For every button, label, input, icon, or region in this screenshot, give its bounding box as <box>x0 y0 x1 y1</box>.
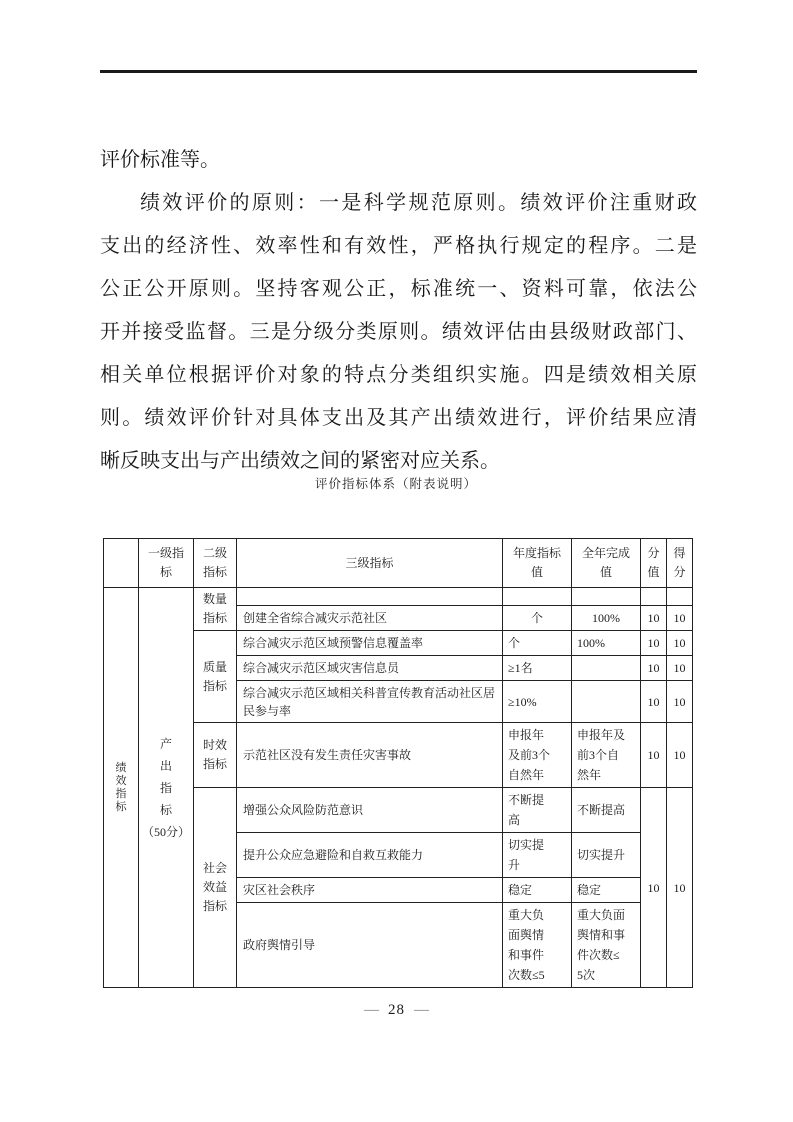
body-line: 公正公开原则。坚持客观公正，标准统一、资料可靠，依法公 <box>100 268 697 311</box>
indicator-cell: 综合减灾示范区域相关科普宣传教育活动社区居民参与率 <box>237 681 503 723</box>
completion-value-cell: 不断提高 <box>572 788 641 833</box>
body-text: 评价标准等。 绩效评价的原则：一是科学规范原则。绩效评价注重财政 支出的经济性、… <box>100 139 697 483</box>
page-number: —28— <box>0 1002 793 1019</box>
completion-value-cell: 重大负面 舆情和事 件次数≤ 5次 <box>572 903 641 988</box>
score-cell: 10 <box>641 681 667 723</box>
header-level2: 二级 指标 <box>194 539 237 588</box>
header-annual-completion: 全年完成 值 <box>572 539 641 588</box>
target-value-cell: 稳定 <box>503 878 572 903</box>
indicator-cell: 示范社区没有发生责任灾害事故 <box>237 723 503 788</box>
score-cell-merged: 10 <box>641 788 667 988</box>
completion-value-cell: 稳定 <box>572 878 641 903</box>
target-value-cell: 个 <box>503 606 572 631</box>
points-cell <box>667 588 693 606</box>
target-value-cell: 切实提 升 <box>503 833 572 878</box>
points-cell: 10 <box>667 631 693 656</box>
social-benefit-group-cell: 社会 效益 指标 <box>194 788 237 988</box>
page-number-dash-right: — <box>414 1002 429 1018</box>
table-caption: 评价指标体系（附表说明） <box>100 474 692 492</box>
score-cell <box>641 588 667 606</box>
page-number-value: 28 <box>388 1002 405 1018</box>
indicator-cell: 灾区社会秩序 <box>237 878 503 903</box>
indicator-cell: 增强公众风险防范意识 <box>237 788 503 833</box>
target-value-cell: ≥1名 <box>503 656 572 681</box>
body-line: 开并接受监督。三是分级分类原则。绩效评估由县级财政部门、 <box>100 311 697 354</box>
indicator-cell: 综合减灾示范区域预警信息覆盖率 <box>237 631 503 656</box>
indicator-cell: 政府舆情引导 <box>237 903 503 988</box>
table-row: 绩 效 指 标 产 出 指 标 （50分） 数量 指标 <box>104 588 693 606</box>
timeliness-group-cell: 时效 指标 <box>194 723 237 788</box>
body-line: 则。绩效评价针对具体支出及其产出绩效进行，评价结果应清 <box>100 397 697 440</box>
target-value-cell: 个 <box>503 631 572 656</box>
points-cell: 10 <box>667 606 693 631</box>
indicator-cell: 创建全省综合减灾示范社区 <box>237 606 503 631</box>
score-cell: 10 <box>641 606 667 631</box>
body-line: 评价标准等。 <box>100 139 697 182</box>
points-cell-merged: 10 <box>667 788 693 988</box>
target-value-cell: 申报年 及前3个 自然年 <box>503 723 572 788</box>
indicator-cell: 提升公众应急避险和自救互救能力 <box>237 833 503 878</box>
quality-group-cell: 质量 指标 <box>194 631 237 723</box>
target-value-cell: 不断提 高 <box>503 788 572 833</box>
completion-value-cell: 切实提升 <box>572 833 641 878</box>
quantity-group-cell: 数量 指标 <box>194 588 237 631</box>
target-value-cell <box>503 588 572 606</box>
completion-value-cell: 100% <box>572 606 641 631</box>
header-points: 得 分 <box>667 539 693 588</box>
header-corner-cell <box>104 539 139 588</box>
header-annual-target: 年度指标 值 <box>503 539 572 588</box>
points-cell: 10 <box>667 723 693 788</box>
completion-value-cell <box>572 588 641 606</box>
target-value-cell: 重大负 面舆情 和事件 次数≤5 <box>503 903 572 988</box>
header-level3: 三级指标 <box>237 539 503 588</box>
indicator-cell: 综合减灾示范区域灾害信息员 <box>237 656 503 681</box>
score-cell: 10 <box>641 723 667 788</box>
header-rule <box>100 70 697 73</box>
completion-value-cell: 100% <box>572 631 641 656</box>
completion-value-cell <box>572 656 641 681</box>
indicator-table: 一级指 标 二级 指标 三级指标 年度指标 值 全年完成 值 分 值 得 分 绩… <box>103 538 693 988</box>
header-score: 分 值 <box>641 539 667 588</box>
completion-value-cell: 申报年及 前3个自 然年 <box>572 723 641 788</box>
document-page: 评价标准等。 绩效评价的原则：一是科学规范原则。绩效评价注重财政 支出的经济性、… <box>0 0 793 1122</box>
points-cell: 10 <box>667 656 693 681</box>
performance-indicator-cell: 绩 效 指 标 <box>104 588 139 988</box>
table-header-row: 一级指 标 二级 指标 三级指标 年度指标 值 全年完成 值 分 值 得 分 <box>104 539 693 588</box>
completion-value-cell <box>572 681 641 723</box>
body-line: 支出的经济性、效率性和有效性，严格执行规定的程序。二是 <box>100 225 697 268</box>
page-number-dash-left: — <box>364 1002 379 1018</box>
target-value-cell: ≥10% <box>503 681 572 723</box>
score-cell: 10 <box>641 656 667 681</box>
header-level1: 一级指 标 <box>139 539 194 588</box>
indicator-cell <box>237 588 503 606</box>
body-line: 绩效评价的原则：一是科学规范原则。绩效评价注重财政 <box>100 182 697 225</box>
body-line: 相关单位根据评价对象的特点分类组织实施。四是绩效相关原 <box>100 354 697 397</box>
score-cell: 10 <box>641 631 667 656</box>
output-indicator-cell: 产 出 指 标 （50分） <box>139 588 194 988</box>
points-cell: 10 <box>667 681 693 723</box>
